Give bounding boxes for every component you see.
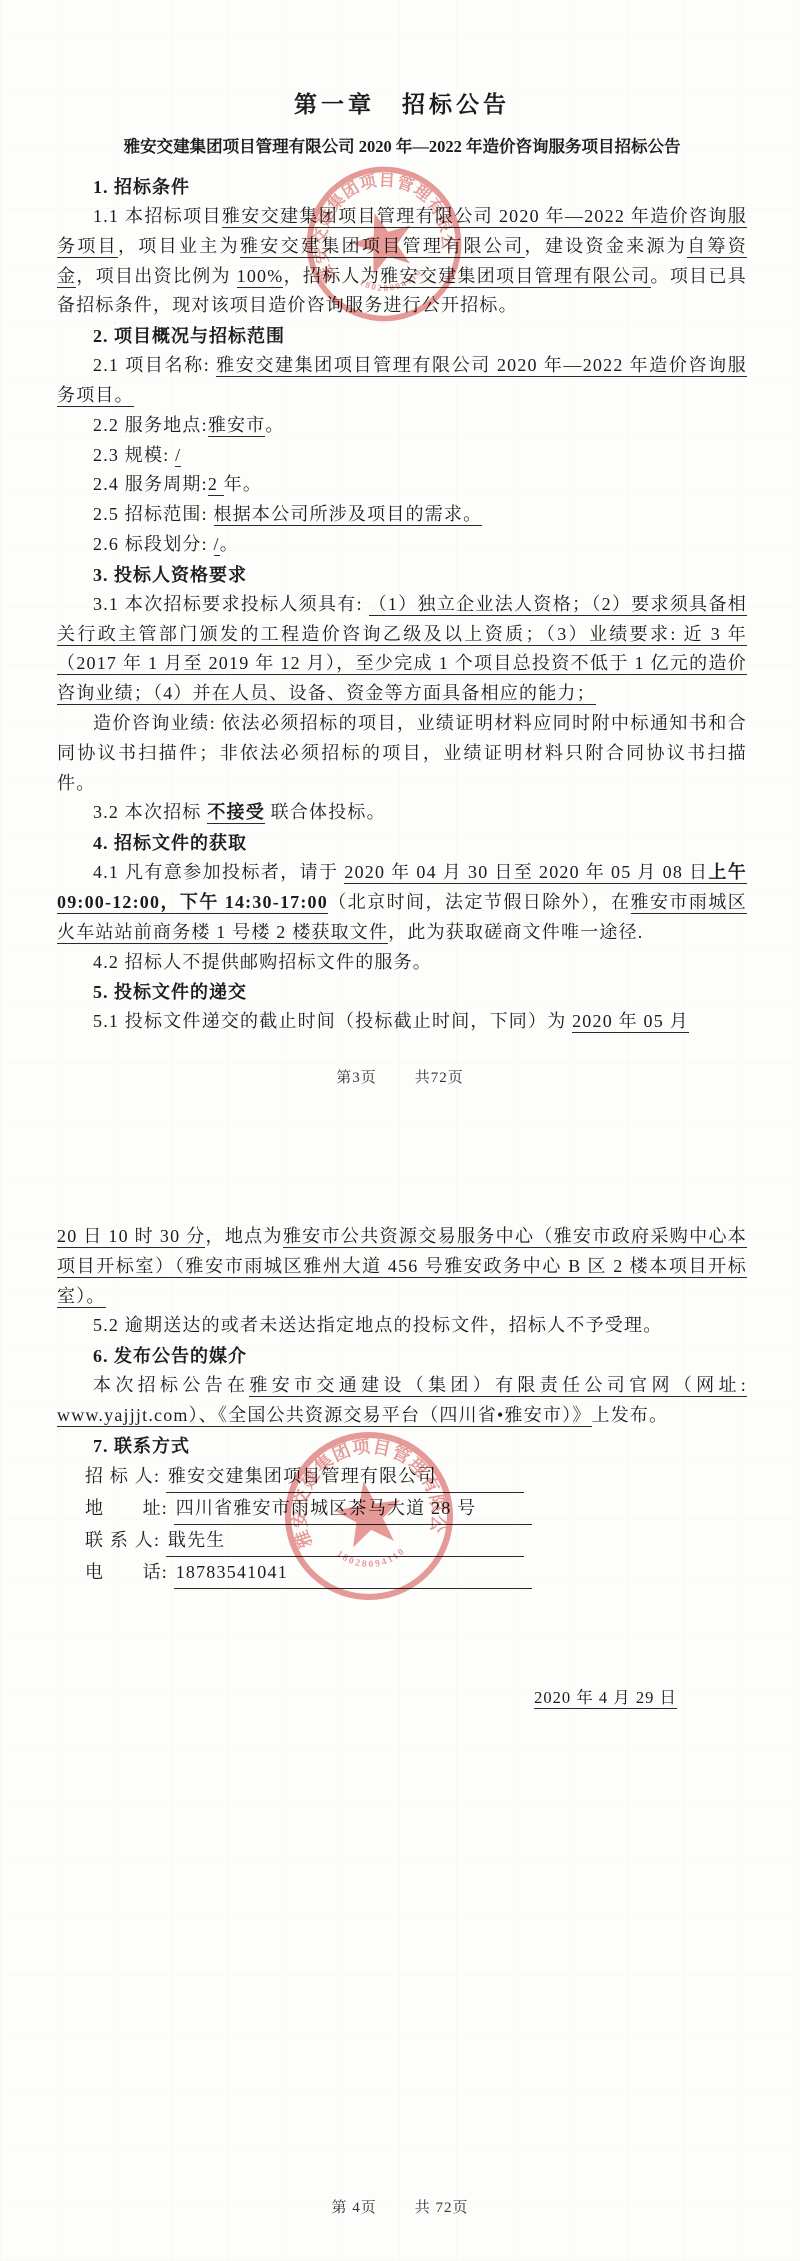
page-title: 第一章 招标公告 (57, 88, 747, 122)
document-sheet: 第一章 招标公告 雅安交建集团项目管理有限公司 2020 年—2022 年造价咨… (0, 0, 800, 2261)
paragraph: 5.2 逾期送达的或者未送达指定地点的投标文件，招标人不予受理。 (57, 1311, 747, 1341)
contact-label: 联 系 人: (85, 1525, 166, 1557)
paragraph: 2.5 招标范围: 根据本公司所涉及项目的需求。 (57, 500, 747, 530)
paragraph: 2.2 服务地点:雅安市。 (57, 411, 747, 441)
contact-value: 雅安交建集团项目管理有限公司 (166, 1461, 524, 1493)
section-heading: 5. 投标文件的递交 (57, 977, 747, 1007)
document-subtitle: 雅安交建集团项目管理有限公司 2020 年—2022 年造价咨询服务项目招标公告 (57, 134, 747, 160)
contact-value: 戢先生 (166, 1525, 524, 1557)
paragraph: 20 日 10 时 30 分，地点为雅安市公共资源交易服务中心（雅安市政府采购中… (57, 1222, 747, 1311)
paragraph: 本次招标公告在雅安市交通建设（集团）有限责任公司官网（网址: www.yajjj… (57, 1371, 747, 1431)
paragraph: 3.1 本次招标要求投标人须具有: （1）独立企业法人资格；（2）要求须具备相关… (57, 590, 747, 709)
page-3-footer: 第3页共72页 (0, 1066, 800, 1087)
section-heading: 6. 发布公告的媒介 (57, 1341, 747, 1371)
paragraph: 1.1 本招标项目雅安交建集团项目管理有限公司 2020 年—2022 年造价咨… (57, 202, 747, 321)
page-number: 第 4页 (331, 2200, 376, 2216)
page-3: 第一章 招标公告 雅安交建集团项目管理有限公司 2020 年—2022 年造价咨… (57, 0, 747, 1037)
section-heading: 1. 招标条件 (57, 172, 747, 202)
paragraph: 2.4 服务周期:2 年。 (57, 470, 747, 500)
paragraph: 5.1 投标文件递交的截止时间（投标截止时间，下同）为 2020 年 05 月 (57, 1007, 747, 1037)
page-4-footer: 第 4页共 72页 (0, 2196, 800, 2217)
paragraph: 2.6 标段划分: /。 (57, 530, 747, 560)
paragraph: 4.2 招标人不提供邮购招标文件的服务。 (57, 948, 747, 978)
page-3-content: 1. 招标条件1.1 本招标项目雅安交建集团项目管理有限公司 2020 年—20… (57, 172, 747, 1037)
section-heading: 4. 招标文件的获取 (57, 828, 747, 858)
contact-label: 地 址: (85, 1493, 174, 1525)
page-total: 共 72页 (415, 2200, 469, 2216)
page-4: 20 日 10 时 30 分，地点为雅安市公共资源交易服务中心（雅安市政府采购中… (57, 1222, 747, 1728)
page-number: 第3页 (336, 1070, 377, 1086)
contact-row: 地 址: 四川省雅安市雨城区茶马大道 28 号 (85, 1493, 747, 1525)
section-heading: 3. 投标人资格要求 (57, 560, 747, 590)
paragraph: 4.1 凡有意参加投标者，请于 2020 年 04 月 30 日至 2020 年… (57, 858, 747, 947)
contact-row: 电 话: 18783541041 (85, 1557, 747, 1589)
contact-label: 招 标 人: (85, 1461, 166, 1493)
paragraph: 2.1 项目名称: 雅安交建集团项目管理有限公司 2020 年—2022 年造价… (57, 351, 747, 411)
page-total: 共72页 (415, 1070, 464, 1086)
page-4-content: 20 日 10 时 30 分，地点为雅安市公共资源交易服务中心（雅安市政府采购中… (57, 1222, 747, 1589)
paragraph: 造价咨询业绩: 依法必须招标的项目，业绩证明材料应同时附中标通知书和合同协议书扫… (57, 709, 747, 798)
contact-value: 四川省雅安市雨城区茶马大道 28 号 (174, 1493, 532, 1525)
section-heading: 7. 联系方式 (57, 1431, 747, 1461)
contact-label: 电 话: (85, 1557, 174, 1589)
contact-row: 招 标 人: 雅安交建集团项目管理有限公司 (85, 1461, 747, 1493)
section-heading: 2. 项目概况与招标范围 (57, 321, 747, 351)
contact-value: 18783541041 (174, 1557, 532, 1589)
paragraph: 3.2 本次招标 不接受 联合体投标。 (57, 798, 747, 828)
contact-row: 联 系 人: 戢先生 (85, 1525, 747, 1557)
paragraph: 2.3 规模: / (57, 441, 747, 471)
announcement-date: 2020 年 4 月 29 日 (57, 1684, 747, 1712)
